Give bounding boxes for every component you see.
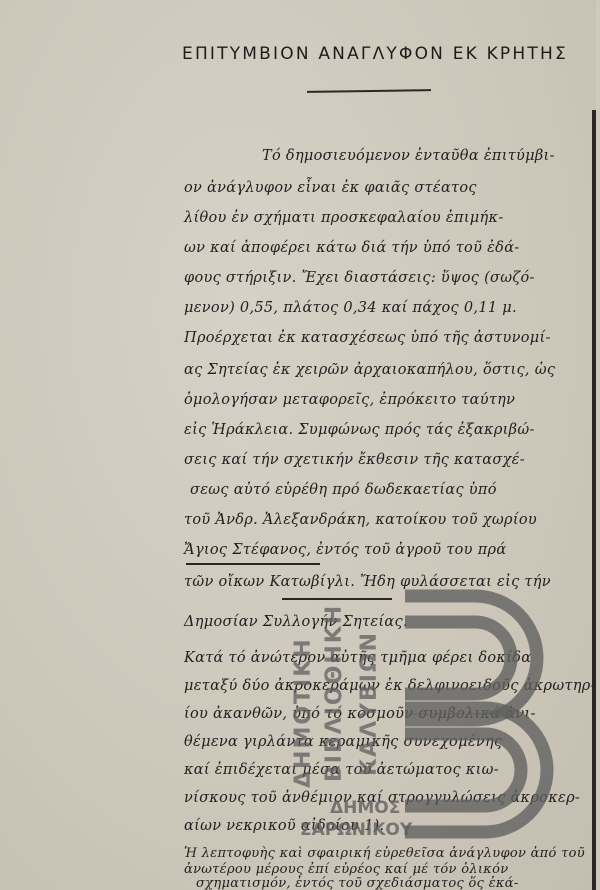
underline-mark	[186, 563, 320, 565]
text-line: τοῦ Ἀνδρ. Ἀλεξανδράκη, κατοίκου τοῦ χωρί…	[184, 512, 537, 528]
text-line: σχηματισμόν, ἐντός τοῦ σχεδιάσματος ὅς ἐ…	[196, 876, 519, 890]
watermark-library-line-3: ΚΑΛΥΒΙΩΝ	[357, 631, 382, 776]
manuscript-page: ΕΠΙΤΥΜΒΙΟΝ ΑΝΑΓΛΥΦΟΝ ΕΚ ΚΡΗΤΗΣ Τό δημοσι…	[0, 0, 596, 890]
document-title: ΕΠΙΤΥΜΒΙΟΝ ΑΝΑΓΛΥΦΟΝ ΕΚ ΚΡΗΤΗΣ	[182, 44, 568, 64]
text-line: εἰς Ἡράκλεια. Συμφώνως πρός τάς ἐξακριβώ…	[184, 422, 535, 438]
text-line: Δημοσίαν Συλλογήν Σητείας.	[184, 614, 408, 630]
text-line: Τό δημοσιευόμενον ἐνταῦθα ἐπιτύμβι-	[262, 148, 555, 164]
watermark-library-line-2: ΒΙΒΛΙΟΘΗΚΗ	[322, 604, 347, 782]
page-edge-shadow	[592, 110, 596, 890]
text-line: σεως αὐτό εὑρέθη πρό δωδεκαετίας ὑπό	[190, 482, 497, 498]
text-line: Προέρχεται ἐκ κατασχέσεως ὑπό τῆς ἀστυνο…	[184, 330, 551, 346]
text-line: ὁμολογήσαν μεταφορεῖς, ἐπρόκειτο ταύτην	[184, 392, 515, 408]
text-line: σεις καί τήν σχετικήν ἔκθεσιν τῆς κατασχ…	[184, 452, 525, 468]
title-underline	[307, 89, 431, 93]
watermark-municipality-line-2: ΣΑΡΩΝΙΚΟΥ	[300, 820, 412, 840]
text-line: ἀνωτέρου μέρους ἐπί εὐρέος καί μέ τόν ὁλ…	[184, 862, 508, 877]
library-logo-icon	[405, 588, 585, 840]
text-line: λίθου ἐν σχήματι προσκεφαλαίου ἐπιμήκ-	[184, 210, 504, 226]
text-line: ων καί ἀποφέρει κάτω διά τήν ὑπό τοῦ ἐδά…	[184, 240, 520, 256]
text-line: φους στήριξιν. Ἔχει διαστάσεις: ὕψος (σω…	[184, 270, 535, 286]
watermark-municipality-line-1: ΔΗΜΟΣ	[330, 798, 400, 818]
text-line: ον ἀνάγλυφον εἶναι ἐκ φαιᾶς στέατος	[184, 180, 477, 196]
text-line-underlined-place: Ἄγιος Στέφανος, ἐντός τοῦ ἀγροῦ του πρά	[184, 542, 506, 558]
text-line: Ἡ λεπτοφυὴς καὶ σφαιρική εὑρεθεῖσα ἀνάγλ…	[184, 846, 585, 861]
text-line: μενον) 0,55, πλάτος 0,34 καί πάχος 0,11 …	[184, 300, 517, 316]
underline-mark	[282, 598, 392, 600]
watermark-library-line-1: ΔΗΜΟΤΙΚΗ	[291, 637, 316, 788]
text-line: ας Σητείας ἐκ χειρῶν ἀρχαιοκαπήλου, ὅστι…	[184, 362, 555, 378]
